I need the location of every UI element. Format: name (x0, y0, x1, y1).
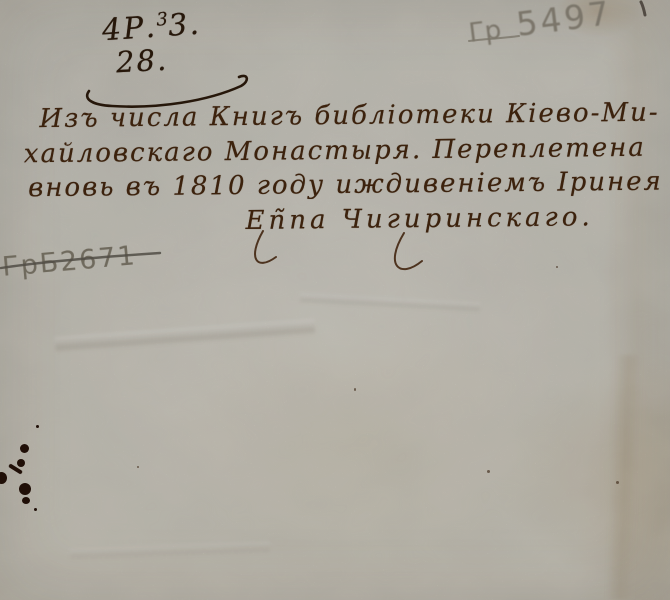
manuscript-page: 4Р.33. 28. Гр5497 Изъ числа Книгъ библіо… (0, 0, 670, 600)
ink-blot (17, 459, 25, 467)
foxing-speck (137, 466, 139, 468)
paper-crease (70, 542, 270, 561)
inscription-line-4: Еп̃па Чигиринскаго. (245, 199, 670, 238)
ink-blot (20, 444, 29, 453)
price-mark: 4Р.33. (101, 7, 202, 49)
pencil-accession-left-crossed: ГрБ2671 (1, 240, 138, 283)
inscription-line-1: Изъ числа Книгъ библіотеки Кіево-Ми- (39, 95, 669, 136)
pencil-accession-prefix: Гр (467, 15, 503, 49)
foxing-speck (487, 470, 490, 473)
ink-blot (19, 483, 31, 495)
paper-crease (55, 319, 315, 353)
pencil-accession-number: 5497 (514, 0, 614, 44)
shelf-number-mark: 28. (115, 43, 169, 80)
paper-mottle-texture (0, 0, 670, 600)
price-tail: 3. (167, 7, 202, 44)
ink-flourish-strokes (0, 0, 670, 600)
ink-blot (22, 497, 30, 504)
stain-streak (606, 355, 643, 600)
paper-crease (300, 293, 480, 312)
ink-blot (0, 472, 7, 484)
foxing-speck (354, 388, 356, 391)
ink-blot (34, 508, 37, 511)
ownership-inscription: Изъ числа Книгъ библіотеки Кіево-Ми- хай… (0, 95, 670, 240)
paper-grain-texture (0, 0, 670, 600)
descender-flourish-ch (395, 233, 422, 269)
foxing-speck (616, 481, 619, 484)
corner-pencil-tick (641, 2, 645, 15)
ink-blot (36, 425, 39, 428)
pencil-accession-top-right: Гр5497 (466, 0, 614, 50)
foxing-speck (556, 266, 558, 268)
